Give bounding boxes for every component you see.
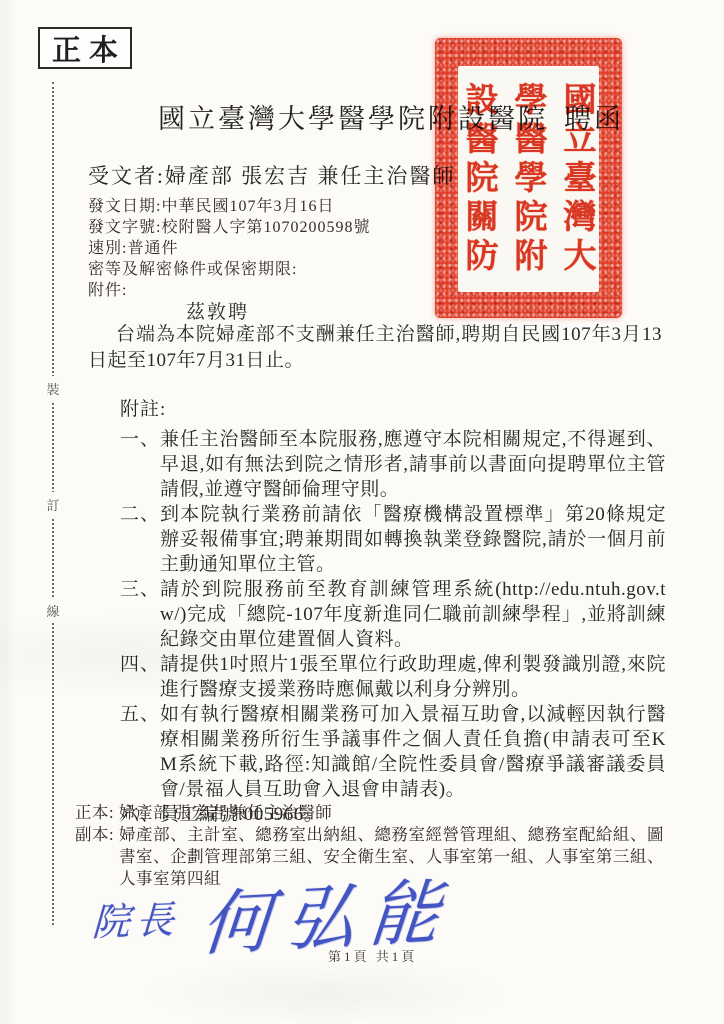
meta-label: 速別: bbox=[88, 240, 127, 257]
note-text: 到本院執行業務前請依「醫療機構設置標準」第20條規定辦妥報備事宜;聘兼期間如轉換… bbox=[160, 502, 666, 577]
note-item-4: 四、 請提供1吋照片1張至單位行政助理處,俾利製發識別證,來院進行醫療支援業務時… bbox=[120, 652, 660, 702]
note-number: 六、 bbox=[120, 802, 160, 827]
scanned-letter-page: 正本 裝 訂 線 國立臺灣大學醫學院附設醫院聘函 受文者:婦產部 張宏吉 兼任主… bbox=[0, 0, 724, 1024]
distribution-copy-value: 婦產部、主計室、總務室出納組、總務室經營管理組、總務室配給組、圖書室、企劃管理部… bbox=[119, 824, 664, 890]
note-number: 一、 bbox=[120, 427, 160, 452]
meta-value: 校附醫人字第1070200598號 bbox=[161, 219, 370, 236]
meta-label: 密等及解密條件或保密期限: bbox=[88, 261, 297, 278]
recipient-line: 受文者:婦產部 張宏吉 兼任主治醫師 bbox=[88, 160, 455, 190]
note-number: 三、 bbox=[120, 577, 160, 602]
note-text: 如有執行醫療相關業務可加入景福互助會,以減輕因執行醫療相關業務所衍生爭議事件之個… bbox=[160, 702, 666, 802]
salutation: 茲敦聘 bbox=[186, 297, 249, 324]
recipient-value: 婦產部 張宏吉 兼任主治醫師 bbox=[165, 164, 456, 188]
note-number: 四、 bbox=[120, 652, 160, 677]
meta-value: 中華民國107年3月16日 bbox=[161, 198, 334, 215]
note-item-1: 一、 兼任主治醫師至本院服務,應遵守本院相關規定,不得遲到、早退,如有無法到院之… bbox=[120, 427, 660, 502]
note-number: 五、 bbox=[120, 702, 160, 727]
seal-text-column: 國立臺灣大 bbox=[556, 82, 600, 277]
notes-section: 附註: 一、 兼任主治醫師至本院服務,應遵守本院相關規定,不得遲到、早退,如有無… bbox=[120, 394, 660, 827]
official-seal-stamp: 設醫院關防 學醫學院附 國立臺灣大 bbox=[435, 38, 622, 318]
meta-attachment: 附件: bbox=[88, 280, 370, 301]
binding-mark: 線 bbox=[44, 598, 62, 623]
meta-classification: 密等及解密條件或保密期限: bbox=[88, 259, 370, 280]
meta-label: 附件: bbox=[88, 282, 127, 299]
document-meta: 發文日期:中華民國107年3月16日 發文字號:校附醫人字第1070200598… bbox=[88, 196, 370, 301]
note-item-6: 六、 員工編號:005966。 bbox=[120, 802, 660, 827]
copy-type-label: 正本 bbox=[52, 28, 126, 69]
copy-type-stamp: 正本 bbox=[38, 27, 132, 69]
page-number: 第1頁 共1頁 bbox=[328, 946, 417, 965]
note-text: 兼任主治醫師至本院服務,應遵守本院相關規定,不得遲到、早退,如有無法到院之情形者… bbox=[160, 427, 666, 502]
binding-mark: 裝 bbox=[44, 376, 62, 401]
official-seal-inner: 設醫院關防 學醫學院附 國立臺灣大 bbox=[458, 66, 599, 292]
binding-mark: 訂 bbox=[44, 492, 62, 517]
note-text: 請提供1吋照片1張至單位行政助理處,俾利製發識別證,來院進行醫療支援業務時應佩戴… bbox=[160, 652, 666, 702]
distribution-copy: 副本: 婦產部、主計室、總務室出納組、總務室經營管理組、總務室配給組、圖書室、企… bbox=[75, 824, 664, 890]
note-item-5: 五、 如有執行醫療相關業務可加入景福互助會,以減輕因執行醫療相關業務所衍生爭議事… bbox=[120, 702, 660, 802]
meta-label: 發文字號: bbox=[88, 219, 161, 236]
note-item-3: 三、 請於到院服務前至教育訓練管理系統(http://edu.ntuh.gov.… bbox=[120, 577, 660, 652]
notes-heading: 附註: bbox=[120, 394, 660, 421]
note-text: 員工編號:005966。 bbox=[160, 802, 666, 827]
signer-title: 院長 bbox=[91, 888, 181, 946]
note-item-2: 二、 到本院執行業務前請依「醫療機構設置標準」第20條規定辦妥報備事宜;聘兼期間… bbox=[120, 502, 660, 577]
meta-issue-date: 發文日期:中華民國107年3月16日 bbox=[88, 196, 370, 217]
note-text: 請於到院服務前至教育訓練管理系統(http://edu.ntuh.gov.tw/… bbox=[160, 577, 666, 652]
meta-label: 發文日期: bbox=[88, 198, 161, 215]
seal-text-column: 設醫院關防 bbox=[458, 82, 502, 277]
meta-speed: 速別:普通件 bbox=[88, 238, 370, 259]
seal-text-column: 學醫學院附 bbox=[507, 82, 551, 277]
distribution-original-label: 正本: bbox=[75, 802, 119, 824]
appointment-paragraph: 台端為本院婦產部不支酬兼任主治醫師,聘期自民國107年3月13日起至107年7月… bbox=[88, 322, 662, 374]
meta-doc-number: 發文字號:校附醫人字第1070200598號 bbox=[88, 217, 370, 238]
note-number: 二、 bbox=[120, 502, 160, 527]
distribution-copy-label: 副本: bbox=[75, 824, 119, 846]
recipient-label: 受文者: bbox=[88, 164, 165, 188]
meta-value: 普通件 bbox=[127, 240, 178, 257]
